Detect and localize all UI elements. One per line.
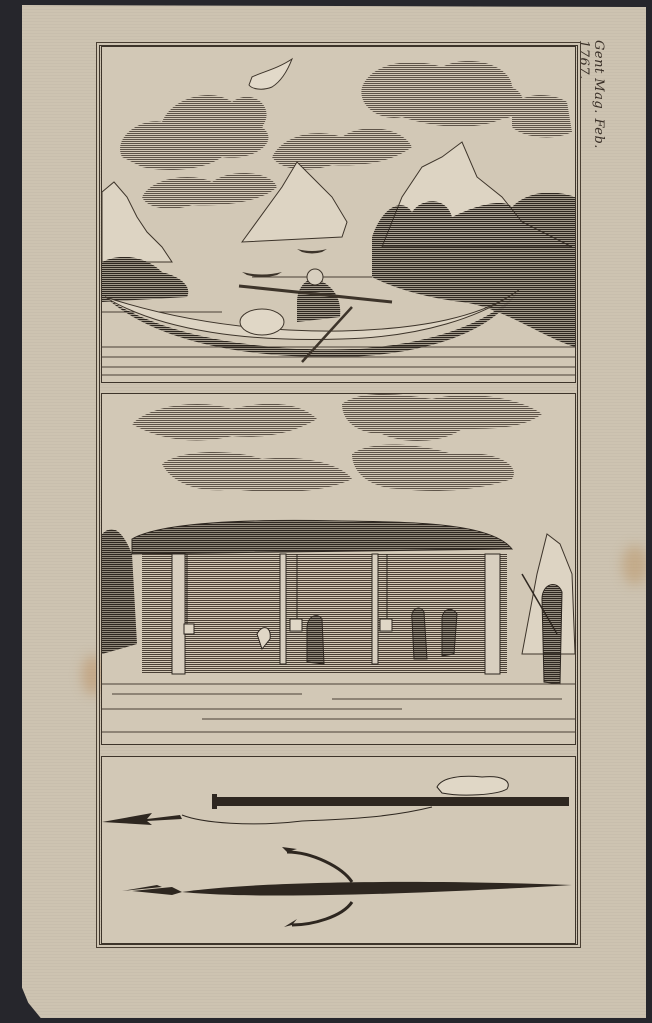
harpoon-with-float — [102, 776, 569, 825]
clouds — [120, 61, 572, 209]
ground — [102, 684, 575, 732]
weapons-illustration — [102, 757, 575, 943]
engraving-plate — [96, 42, 581, 948]
barbed-lance — [122, 847, 572, 927]
panel-kayak-scene — [101, 46, 576, 383]
turf-roof — [132, 520, 512, 554]
hut-scene-illustration — [102, 394, 575, 744]
barbed-head — [102, 813, 182, 825]
panel-hut-scene — [101, 393, 576, 745]
foxing-stain — [622, 545, 648, 585]
clouds — [132, 394, 542, 492]
bladder-float — [437, 776, 508, 795]
line — [182, 807, 432, 824]
flying-bird — [249, 59, 292, 89]
panel-weapons — [101, 756, 576, 944]
kayak-scene-illustration — [102, 47, 575, 382]
